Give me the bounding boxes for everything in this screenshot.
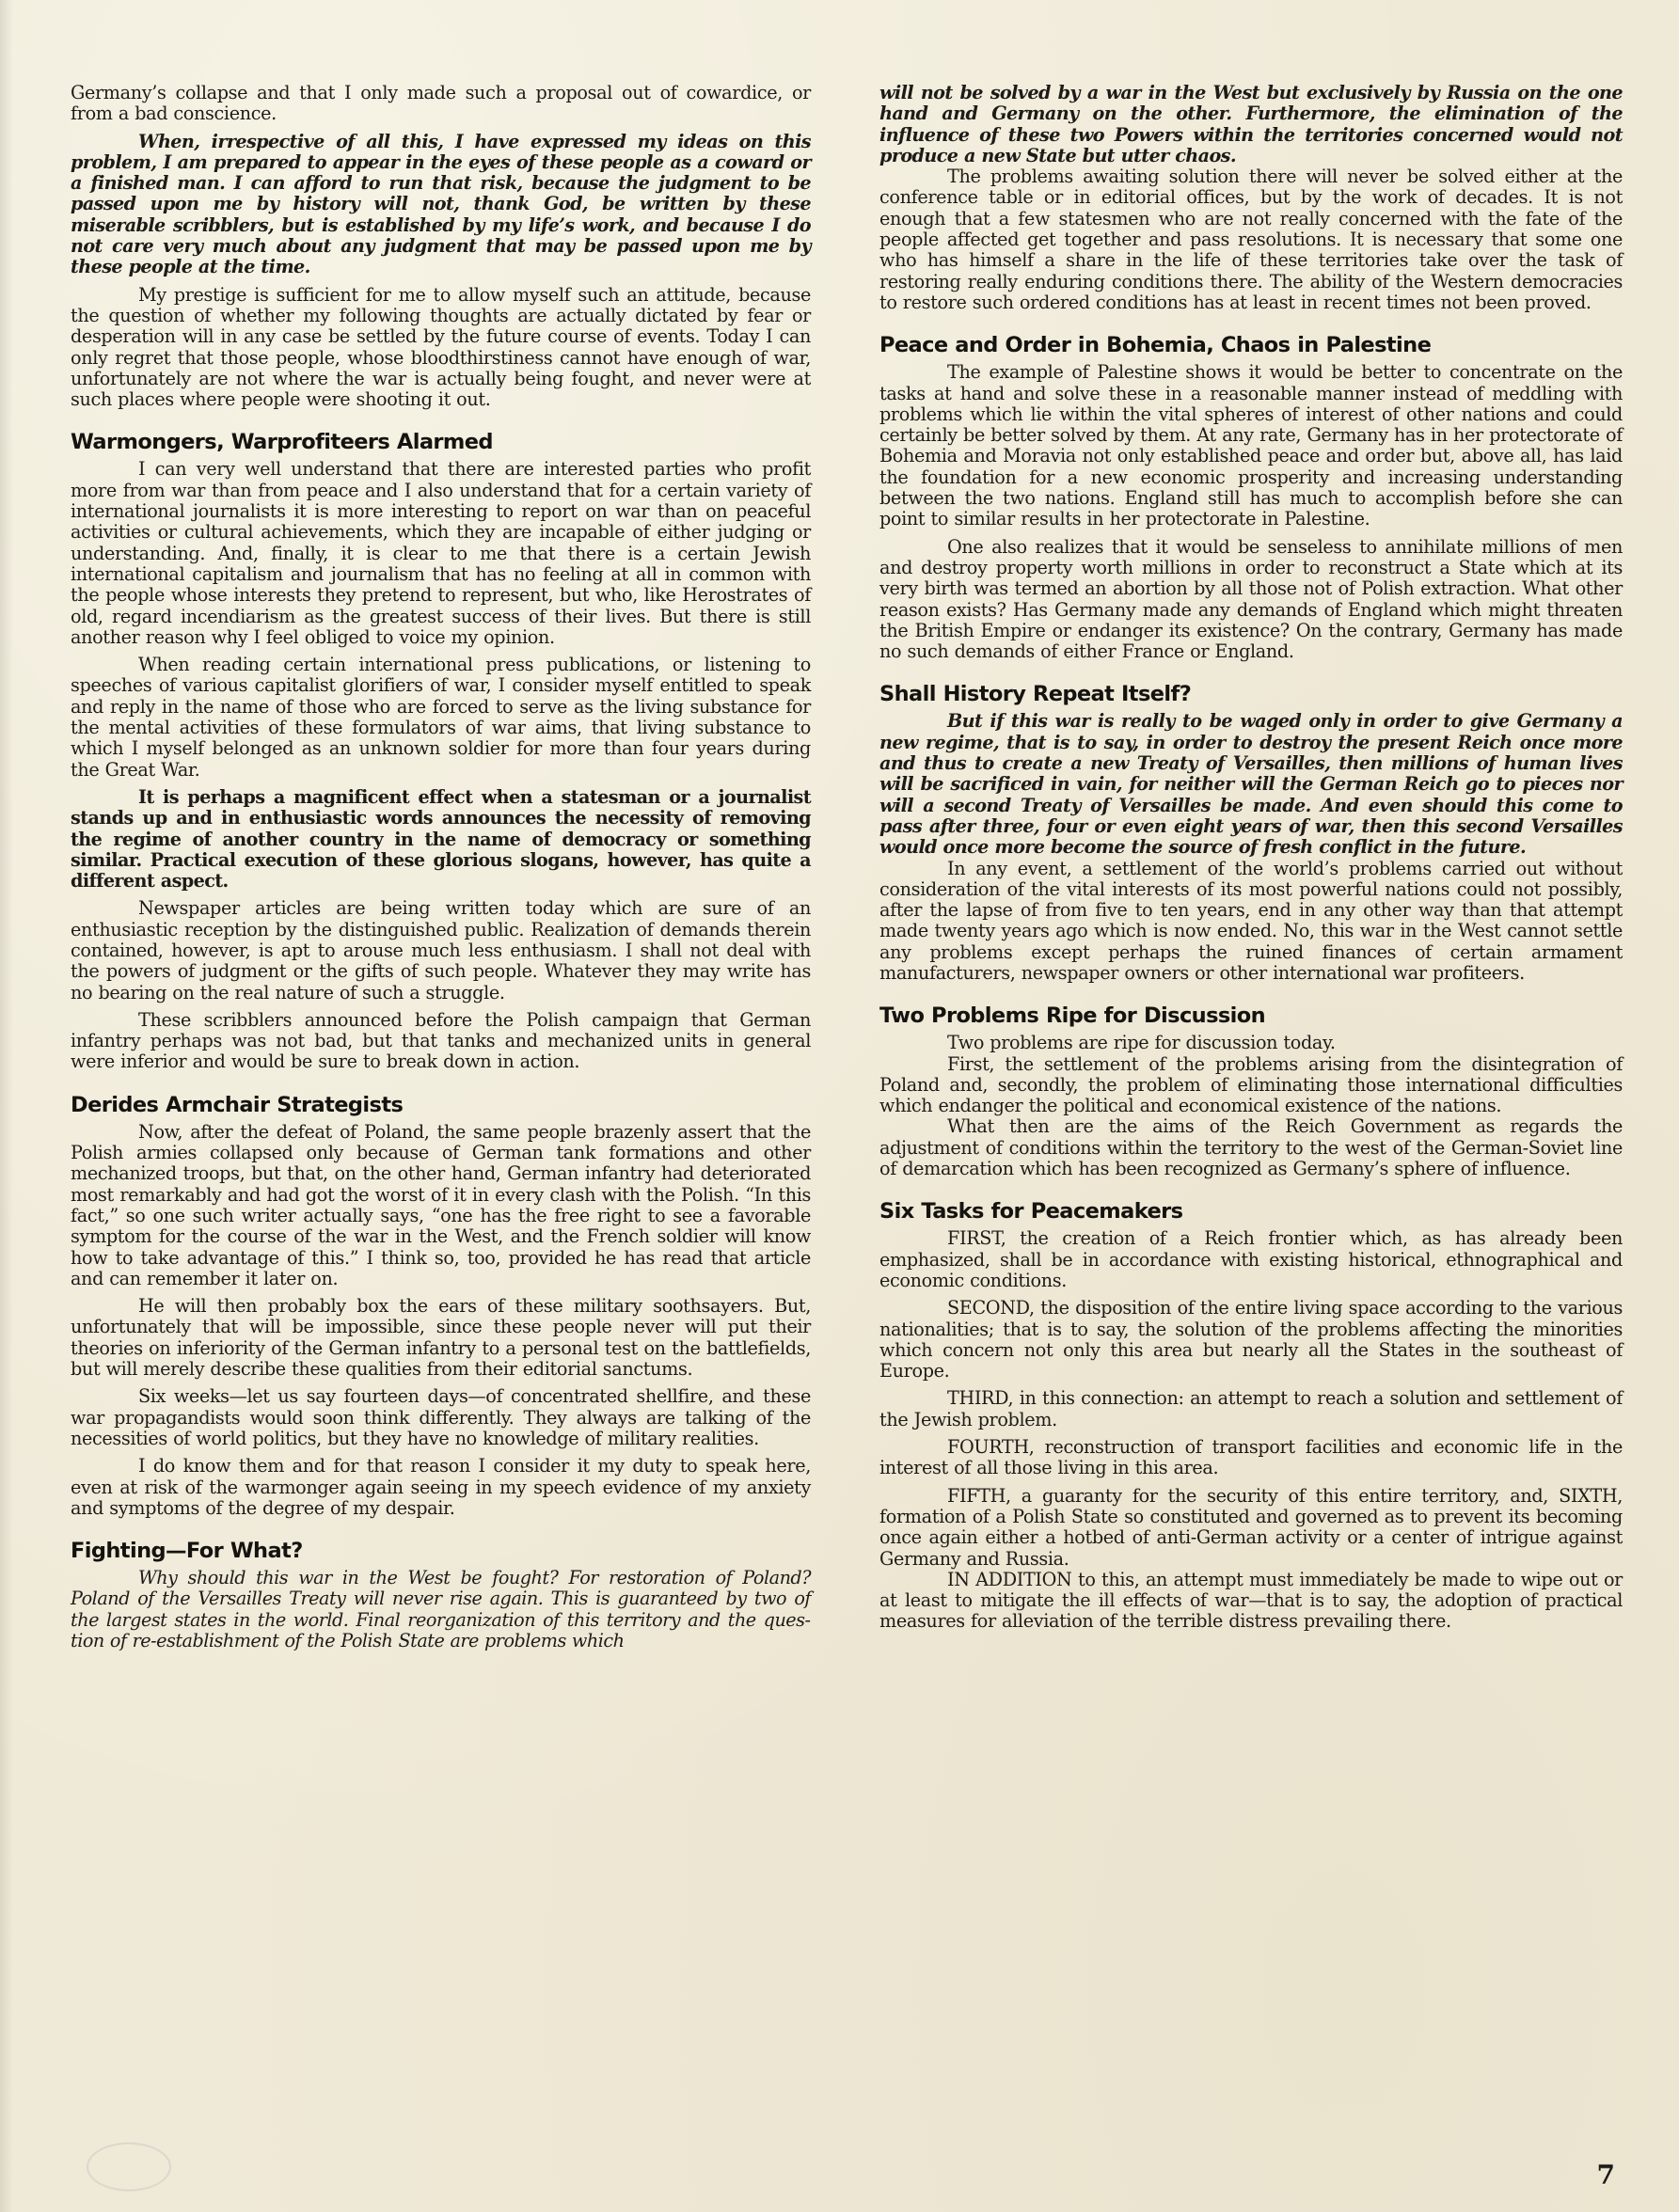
task-fourth: FOURTH, reconstruction of transport faci… bbox=[879, 1437, 1623, 1479]
paragraph: First, the settlement of the problems ar… bbox=[879, 1054, 1623, 1117]
paragraph: What then are the aims of the Reich Gove… bbox=[879, 1116, 1623, 1179]
page-number: 7 bbox=[1597, 2159, 1615, 2190]
paragraph-emphasis: It is perhaps a magnificent effect when … bbox=[71, 787, 811, 892]
paragraph: Two problems are ripe for discussion tod… bbox=[879, 1033, 1623, 1053]
paragraph: Six weeks—let us say fourteen days—of co… bbox=[71, 1386, 811, 1449]
section-heading-derides: Derides Armchair Strategists bbox=[71, 1092, 811, 1118]
paragraph: The example of Palestine shows it would … bbox=[879, 362, 1623, 529]
paragraph: Now, after the defeat of Poland, the sam… bbox=[71, 1122, 811, 1289]
paragraph-italic: Why should this war in the West be fough… bbox=[71, 1568, 811, 1651]
paragraph: Newspaper articles are being written tod… bbox=[71, 898, 811, 1003]
paragraph-in-addition: IN ADDITION to this, an attempt must imm… bbox=[879, 1570, 1623, 1633]
paragraph-emphasis: But if this war is really to be waged on… bbox=[879, 711, 1623, 858]
library-stamp bbox=[87, 2142, 171, 2191]
right-column: will not be solved by a war in the West … bbox=[879, 83, 1623, 1639]
paragraph: When reading certain international press… bbox=[71, 655, 811, 781]
document-page: Germany’s collapse and that I only made … bbox=[0, 0, 1679, 2212]
left-column: Germany’s collapse and that I only made … bbox=[71, 83, 811, 1658]
section-heading-fighting: Fighting—For What? bbox=[71, 1538, 811, 1564]
section-heading-two-problems: Two Problems Ripe for Discussion bbox=[879, 1003, 1623, 1029]
section-heading-warmongers: Warmongers, Warprofiteers Alarmed bbox=[71, 429, 811, 455]
paragraph: These scribblers announced before the Po… bbox=[71, 1010, 811, 1073]
paragraph: Germany’s collapse and that I only made … bbox=[71, 83, 811, 125]
section-heading-six-tasks: Six Tasks for Peacemakers bbox=[879, 1198, 1623, 1224]
section-heading-peace: Peace and Order in Bohemia, Chaos in Pal… bbox=[879, 332, 1623, 358]
paragraph: In any event, a settlement of the world’… bbox=[879, 859, 1623, 985]
paragraph: I do know them and for that reason I con… bbox=[71, 1456, 811, 1519]
task-first: FIRST, the creation of a Reich frontier … bbox=[879, 1228, 1623, 1291]
task-fifth-sixth: FIFTH, a guaranty for the security of th… bbox=[879, 1486, 1623, 1570]
paragraph: He will then probably box the ears of th… bbox=[71, 1296, 811, 1380]
task-third: THIRD, in this connection: an attempt to… bbox=[879, 1388, 1623, 1430]
section-heading-history: Shall History Repeat Itself? bbox=[879, 681, 1623, 707]
paragraph: My prestige is sufficient for me to allo… bbox=[71, 285, 811, 411]
task-second: SECOND, the disposition of the entire li… bbox=[879, 1298, 1623, 1382]
paragraph-emphasis: When, irrespective of all this, I have e… bbox=[71, 132, 811, 278]
paragraph: One also realizes that it would be sense… bbox=[879, 537, 1623, 663]
paragraph: I can very well understand that there ar… bbox=[71, 459, 811, 648]
page-edge-shadow bbox=[0, 0, 13, 2212]
paragraph-emphasis: will not be solved by a war in the West … bbox=[879, 83, 1623, 166]
paragraph: The problems awaiting solution there wil… bbox=[879, 166, 1623, 313]
